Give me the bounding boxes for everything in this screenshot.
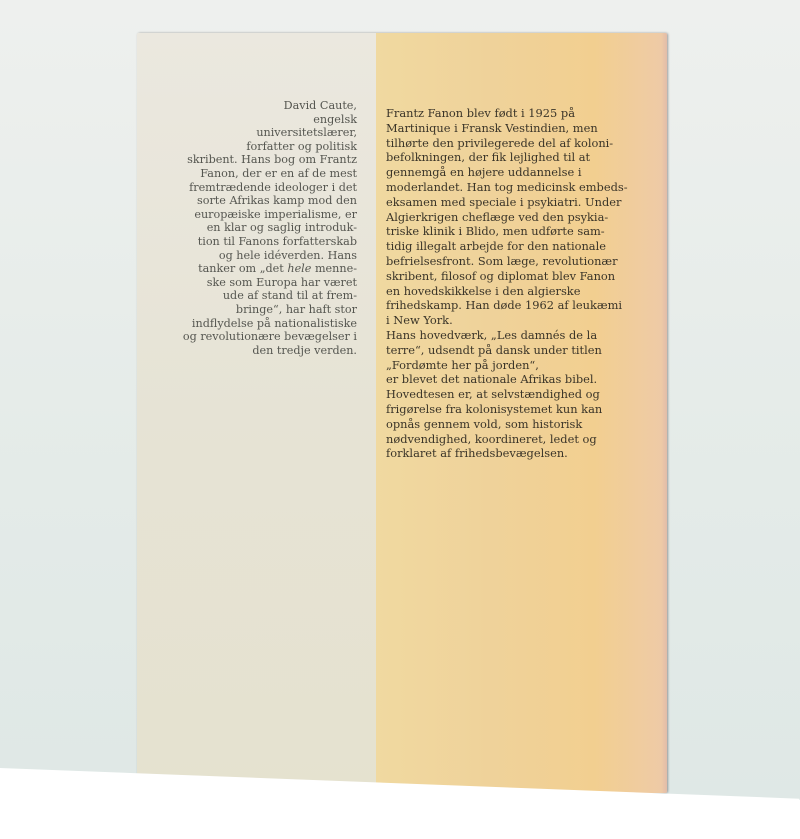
bio-line: tidig illegalt arbejde for den nationale (386, 239, 656, 254)
bio-line: Algierkrigen cheflæge ved den psykia- (386, 210, 656, 225)
bio-line: er blevet det nationale Afrikas bibel. (386, 372, 656, 387)
bio-line: forklaret af frihedsbevægelsen. (386, 446, 656, 461)
photo-background: David Caute, engelsk universitetslærer, … (0, 0, 800, 800)
blurb-line: den tredje verden. (177, 344, 357, 358)
bio-line: terre“, udsendt på dansk under titlen (386, 343, 656, 358)
blurb-line: ske som Europa har været (177, 276, 357, 290)
bio-line: frigørelse fra kolonisystemet kun kan (386, 402, 656, 417)
bio-line: opnås gennem vold, som historisk (386, 417, 656, 432)
blurb-line: David Caute, (177, 99, 357, 113)
blurb-line: skribent. Hans bog om Frantz (177, 153, 357, 167)
bio-line: moderlandet. Han tog medicinsk embeds- (386, 180, 656, 195)
bio-line: eksamen med speciale i psykiatri. Under (386, 195, 656, 210)
blurb-line: fremtrædende ideologer i det (177, 181, 357, 195)
bio-line: Hovedtesen er, at selvstændighed og (386, 387, 656, 402)
blurb-line: indflydelse på nationalistiske (177, 317, 357, 331)
blurb-line: universitetslærer, (177, 126, 357, 140)
blurb-line: og revolutionære bevægelser i (177, 330, 357, 344)
bio-line: „Fordømte her på jorden“, (386, 358, 656, 373)
book-back-cover: David Caute, engelsk universitetslærer, … (137, 33, 667, 793)
bio-line: frihedskamp. Han døde 1962 af leukæmi (386, 298, 656, 313)
bio-line: Hans hovedværk, „Les damnés de la (386, 328, 656, 343)
right-panel: Frantz Fanon blev født i 1925 på Martini… (376, 33, 667, 793)
author-blurb: David Caute, engelsk universitetslærer, … (177, 99, 357, 357)
bio-line: befolkningen, der fik lejlighed til at (386, 150, 656, 165)
bio-line: gennemgå en højere uddannelse i (386, 165, 656, 180)
bio-line: tilhørte den privilegerede del af koloni… (386, 136, 656, 151)
blurb-line: engelsk (177, 113, 357, 127)
blurb-line: europæiske imperialisme, er (177, 208, 357, 222)
blurb-line: tion til Fanons forfatterskab (177, 235, 357, 249)
bio-line: Frantz Fanon blev født i 1925 på (386, 106, 656, 121)
bio-line: Martinique i Fransk Vestindien, men (386, 121, 656, 136)
bio-line: befrielsesfront. Som læge, revolutionær (386, 254, 656, 269)
blurb-line: bringe“, har haft stor (177, 303, 357, 317)
bio-line: en hovedskikkelse i den algierske (386, 284, 656, 299)
blurb-line: sorte Afrikas kamp mod den (177, 194, 357, 208)
bio-line: triske klinik i Blido, men udførte sam- (386, 224, 656, 239)
bio-line: i New York. (386, 313, 656, 328)
blurb-line: Fanon, der er en af de mest (177, 167, 357, 181)
blurb-line: og hele idéverden. Hans (177, 249, 357, 263)
bio-line: nødvendighed, koordineret, ledet og (386, 432, 656, 447)
bio-line: skribent, filosof og diplomat blev Fanon (386, 269, 656, 284)
blurb-line: tanker om „det hele menne- (177, 262, 357, 276)
blurb-line: en klar og saglig introduk- (177, 221, 357, 235)
blurb-line: forfatter og politisk (177, 140, 357, 154)
fanon-biography: Frantz Fanon blev født i 1925 på Martini… (386, 106, 656, 461)
blurb-line: ude af stand til at frem- (177, 289, 357, 303)
left-panel: David Caute, engelsk universitetslærer, … (137, 33, 376, 793)
